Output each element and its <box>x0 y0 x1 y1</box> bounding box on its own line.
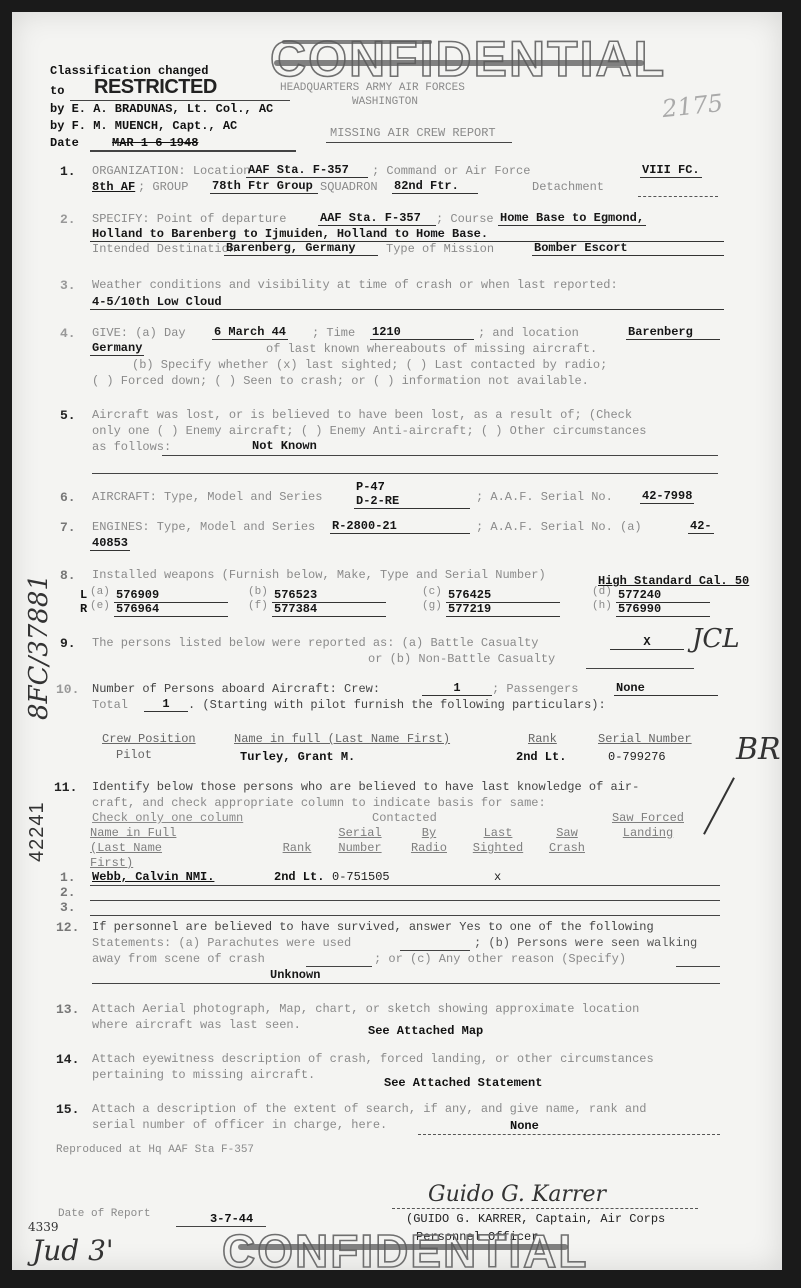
col-saw-crash: Saw Crash <box>542 826 592 856</box>
survival-field: Unknown <box>268 968 322 982</box>
squadron-label: SQUADRON <box>320 180 378 194</box>
section-12-line-2a: Statements: (a) Parachutes were used <box>92 936 351 950</box>
section-5-line-3: as follows: <box>92 440 171 454</box>
section-15-line-1: Attach a description of the extent of se… <box>92 1102 647 1116</box>
col-sighted-text: Last Sighted <box>473 826 523 855</box>
section-2-number: 2. <box>60 212 76 227</box>
crew-row-position: Pilot <box>116 748 152 762</box>
section-4-number: 4. <box>60 326 76 341</box>
weapon-serial: 576909 <box>114 588 228 603</box>
weapon-key: (d) <box>592 586 612 598</box>
officer-signature: Guido G. Karrer <box>428 1182 606 1207</box>
check-note: Check only one column <box>92 811 243 825</box>
signature-line <box>392 1208 698 1209</box>
weapon-serial: 576523 <box>272 588 386 603</box>
col-last-sighted: Last Sighted <box>468 826 528 856</box>
day-field: 6 March 44 <box>212 325 288 340</box>
course-field-1: Home Base to Egmond, <box>498 211 646 226</box>
col-rank: Rank <box>272 841 322 856</box>
col-name: Name in Full (Last Name First) <box>90 826 200 871</box>
command-label: ; Command or Air Force <box>372 164 530 178</box>
total-field: 1 <box>144 697 188 712</box>
aircraft-label: AIRCRAFT: Type, Model and Series <box>92 490 322 504</box>
handwritten-number: 2175 <box>661 89 725 123</box>
witness-row-line <box>90 900 720 901</box>
section-1-label: ORGANIZATION: Location <box>92 164 250 178</box>
cause-line <box>162 455 718 456</box>
weapons-right-label: R <box>80 602 87 616</box>
section-5-line-2: only one ( ) Enemy aircraft; ( ) Enemy A… <box>92 424 647 438</box>
command-field: VIII FC. <box>640 163 702 178</box>
particulars-note: . (Starting with pilot furnish the follo… <box>188 698 606 712</box>
bottom-note-number: 4339 <box>28 1220 59 1234</box>
report-date-label: Date of Report <box>58 1208 150 1220</box>
weapon-key: (g) <box>422 600 442 612</box>
section-4-line-4: ( ) Forced down; ( ) Seen to crash; or (… <box>92 374 589 388</box>
section-13-line-2: where aircraft was last seen. <box>92 1018 301 1032</box>
witness-row-index: 2. <box>60 885 76 900</box>
classification-to-line <box>70 100 290 101</box>
detachment-label: Detachment <box>532 180 604 194</box>
section-15-number: 15. <box>56 1102 79 1117</box>
margin-stamped-number: 42241 <box>26 801 49 862</box>
search-value: None <box>510 1119 539 1133</box>
passengers-field: None <box>614 681 718 696</box>
col-crash-text: Saw Crash <box>549 826 585 855</box>
section-14-number: 14. <box>56 1052 79 1067</box>
weapon-key: (h) <box>592 600 612 612</box>
crew-col-position: Crew Position <box>102 732 196 746</box>
section-2-label: SPECIFY: Point of departure <box>92 212 286 226</box>
location-field: AAF Sta. F-357 <box>246 163 368 178</box>
slash-mark <box>703 777 735 834</box>
section-5-number: 5. <box>60 408 76 423</box>
course-field-2: Holland to Barenberg to Ijmuiden, Hollan… <box>90 227 724 242</box>
weapon-key: (e) <box>90 600 110 612</box>
classification-date-line <box>90 150 296 152</box>
engine-field: R-2800-21 <box>330 519 470 534</box>
persons-label: Number of Persons aboard Aircraft: Crew: <box>92 682 380 696</box>
col-radio-text: By Radio <box>411 826 447 855</box>
battle-casualty-field: X <box>610 635 684 650</box>
document-page: CONFIDENTIAL Classification changed to R… <box>12 12 782 1270</box>
crew-field: 1 <box>422 681 492 696</box>
engine-serial-label: ; A.A.F. Serial No. (a) <box>476 520 642 534</box>
crew-row-serial: 0-799276 <box>608 750 666 764</box>
section-4-line-3: (b) Specify whether (x) last sighted; ( … <box>132 358 607 372</box>
cause-line-2 <box>92 473 718 474</box>
section-11-number: 11. <box>54 780 77 795</box>
weapon-serial: 577240 <box>616 588 710 603</box>
weapon-serial: 577384 <box>272 602 386 617</box>
col-rank-text: Rank <box>283 841 312 855</box>
departure-field: AAF Sta. F-357 <box>318 211 436 226</box>
col-serial: Serial Number <box>330 826 390 856</box>
day-label: GIVE: (a) Day <box>92 326 186 340</box>
section-12-line-1: If personnel are believed to have surviv… <box>92 920 654 934</box>
bottom-handwritten-note: Jud 3' <box>32 1234 114 1267</box>
classification-to-label: to <box>50 84 64 98</box>
contacted-label: Contacted <box>372 811 437 825</box>
passengers-label: ; Passengers <box>492 682 578 696</box>
witness-serial: 0-751505 <box>332 870 390 884</box>
witness-last-sighted: x <box>494 870 501 884</box>
crew-row-name: Turley, Grant M. <box>240 750 355 764</box>
col-name-text: Name in Full (Last Name First) <box>90 826 176 870</box>
section-6-number: 6. <box>60 490 76 505</box>
section-3-label: Weather conditions and visibility at tim… <box>92 278 618 292</box>
stamp-strikethrough <box>282 40 432 44</box>
section-13-line-1: Attach Aerial photograph, Map, chart, or… <box>92 1002 639 1016</box>
weapon-serial: 576964 <box>114 602 228 617</box>
whereabouts-label: of last known whereabouts of missing air… <box>266 342 597 356</box>
header-city: WASHINGTON <box>352 96 418 108</box>
section-14-line-2: pertaining to missing aircraft. <box>92 1068 315 1082</box>
aircraft-type-top: P-47 <box>356 480 385 494</box>
section-7-number: 7. <box>60 520 76 535</box>
engine-serial-field: 42- <box>688 519 714 534</box>
classification-to-value: RESTRICTED <box>94 76 217 99</box>
weather-field: 4-5/10th Low Cloud <box>90 295 724 310</box>
squadron-field: 82nd Ftr. <box>392 179 478 194</box>
witness-row-index: 3. <box>60 900 76 915</box>
witness-row-line <box>90 915 720 916</box>
weapon-serial: 576990 <box>616 602 710 617</box>
initials-section-9: JCL <box>692 624 740 654</box>
header-org: HEADQUARTERS ARMY AIR FORCES <box>280 82 465 94</box>
section-13-number: 13. <box>56 1002 79 1017</box>
reproduced-note: Reproduced at Hq AAF Sta F-357 <box>56 1144 254 1156</box>
initials-section-10: BR <box>736 732 781 767</box>
group-label: ; GROUP <box>138 180 188 194</box>
casualty-label-b: or (b) Non-Battle Casualty <box>368 652 555 666</box>
crew-col-rank: Rank <box>528 732 557 746</box>
witness-name: Webb, Calvin NMI. <box>92 870 214 884</box>
weapon-serial: 576425 <box>446 588 560 603</box>
statement-value: See Attached Statement <box>384 1076 542 1090</box>
casualty-label-a: The persons listed below were reported a… <box>92 636 538 650</box>
stamp-strikethrough-bottom <box>238 1244 568 1250</box>
course-label: ; Course <box>436 212 494 226</box>
section-12-number: 12. <box>56 920 79 935</box>
cause-field: Not Known <box>250 439 319 453</box>
destination-field: Barenberg, Germany <box>224 241 378 256</box>
engine-label: ENGINES: Type, Model and Series <box>92 520 315 534</box>
engine-serial-field-2: 40853 <box>90 536 130 551</box>
crew-col-name: Name in full (Last Name First) <box>234 732 450 746</box>
col-landing-text: Saw Forced Landing <box>612 811 684 840</box>
section-11-line-2: craft, and check appropriate column to i… <box>92 796 546 810</box>
weapon-key: (b) <box>248 586 268 598</box>
section-15-line-2: serial number of officer in charge, here… <box>92 1118 387 1132</box>
destination-label: Intended Destination <box>92 242 236 256</box>
group-field: 78th Ftr Group <box>210 179 318 194</box>
weapon-key: (a) <box>90 586 110 598</box>
header-title-underline <box>326 142 512 143</box>
section-12-line-2b: ; (b) Persons were seen walking <box>474 936 697 950</box>
section-9-number: 9. <box>60 636 76 651</box>
section-1-number: 1. <box>60 164 76 179</box>
detachment-line <box>638 196 718 197</box>
mission-field: Bomber Escort <box>532 241 724 256</box>
section-12-line-3b: ; or (c) Any other reason (Specify) <box>374 952 626 966</box>
aircraft-serial-field: 42-7998 <box>640 489 694 504</box>
confidential-stamp-bottom: CONFIDENTIAL <box>222 1224 588 1278</box>
survival-line <box>92 983 720 984</box>
witness-row-index: 1. <box>60 870 76 885</box>
col-serial-text: Serial Number <box>338 826 381 855</box>
aircraft-type-field: D-2-RE <box>354 494 470 509</box>
witness-rank: 2nd Lt. <box>274 870 324 884</box>
crew-row-rank: 2nd Lt. <box>516 750 566 764</box>
classification-date-value: MAR 1 6 1948 <box>112 136 198 150</box>
time-label: ; Time <box>312 326 355 340</box>
section-3-number: 3. <box>60 278 76 293</box>
af-field: 8th AF <box>90 180 137 194</box>
section-14-line-1: Attach eyewitness description of crash, … <box>92 1052 654 1066</box>
mission-label: Type of Mission <box>386 242 494 256</box>
margin-handwritten-ref: 8FC/37881 <box>24 574 54 720</box>
section-11-line-1: Identify below those persons who are bel… <box>92 780 639 794</box>
parachutes-line <box>400 950 470 951</box>
other-reason-line <box>676 966 720 967</box>
map-value: See Attached Map <box>368 1024 483 1038</box>
search-line <box>418 1134 720 1135</box>
weapon-key: (f) <box>248 600 268 612</box>
classification-by-2: by F. M. MUENCH, Capt., AC <box>50 119 237 133</box>
col-saw-forced-landing: Saw Forced Landing <box>608 811 688 841</box>
location-label-4: ; and location <box>478 326 579 340</box>
weapons-make: High Standard Cal. 50 <box>596 574 751 588</box>
location-field-4: Barenberg <box>626 325 720 340</box>
weapons-label: Installed weapons (Furnish below, Make, … <box>92 568 546 582</box>
weapons-left-label: L <box>80 588 87 602</box>
witness-row-line <box>90 885 720 886</box>
walking-line <box>306 966 372 967</box>
non-battle-casualty-line <box>586 668 694 669</box>
header-title: MISSING AIR CREW REPORT <box>330 126 496 140</box>
col-by-radio: By Radio <box>404 826 454 856</box>
section-12-line-3a: away from scene of crash <box>92 952 265 966</box>
time-field: 1210 <box>370 325 474 340</box>
location-field-4b: Germany <box>90 341 144 356</box>
classification-by-1: by E. A. BRADUNAS, Lt. Col., AC <box>50 102 273 116</box>
stamp-strikethrough <box>274 60 644 66</box>
section-5-line-1: Aircraft was lost, or is believed to hav… <box>92 408 632 422</box>
crew-col-serial: Serial Number <box>598 732 692 746</box>
confidential-stamp-top: CONFIDENTIAL <box>270 30 666 88</box>
total-label: Total <box>92 698 128 712</box>
weapon-serial: 577219 <box>446 602 560 617</box>
weapon-key: (c) <box>422 586 442 598</box>
section-10-number: 10. <box>56 682 79 697</box>
section-8-number: 8. <box>60 568 76 583</box>
classification-date-label: Date <box>50 136 79 150</box>
aircraft-serial-label: ; A.A.F. Serial No. <box>476 490 613 504</box>
